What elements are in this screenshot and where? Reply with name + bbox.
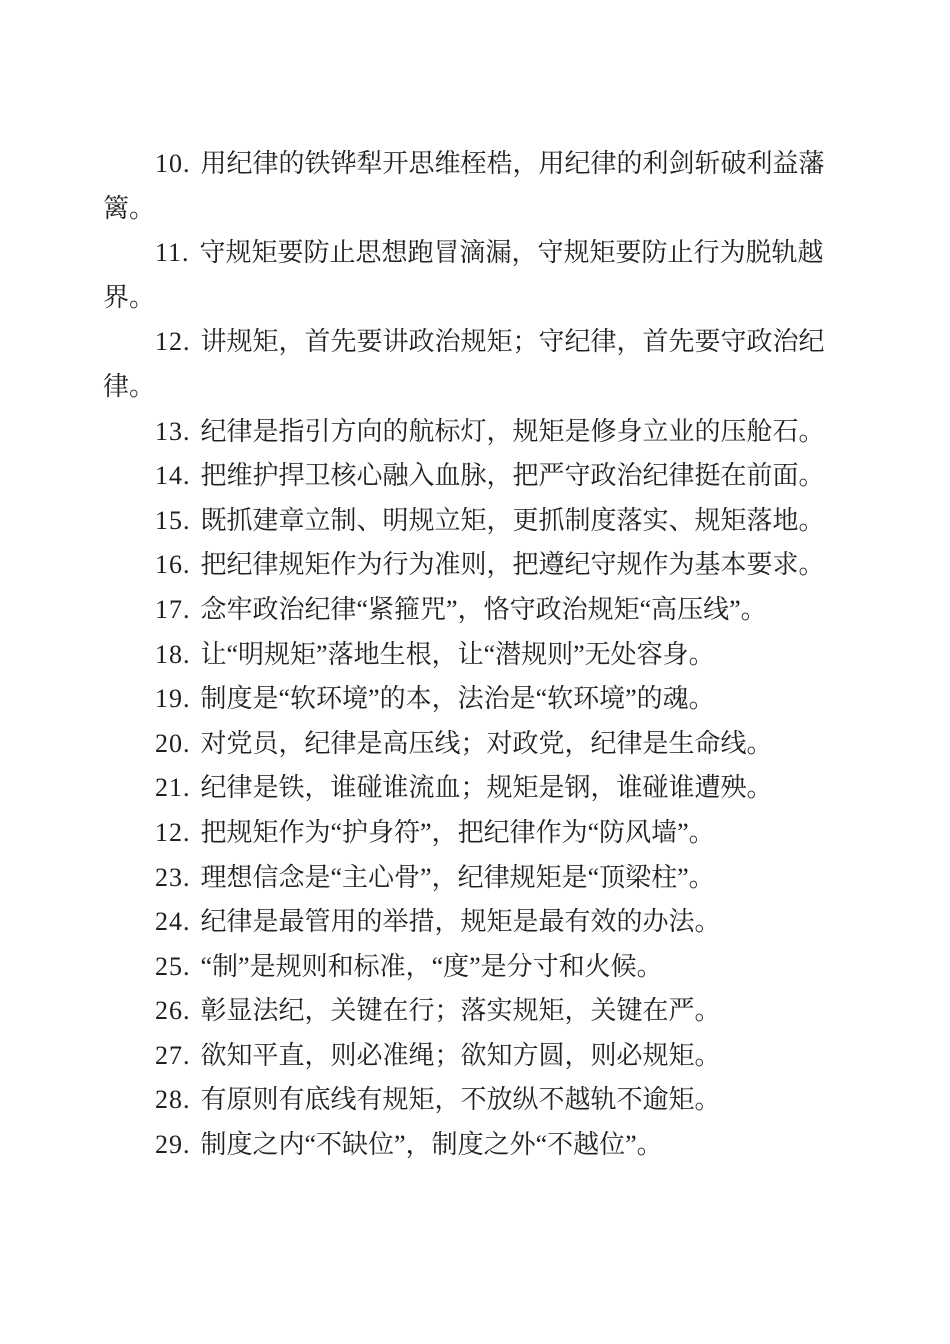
item-line-first: 19.制度是“软环境”的本，法治是“软环境”的魂。 — [103, 677, 820, 722]
item-number: 16. — [155, 550, 191, 579]
item-line-first: 11.守规矩要防止思想跑冒滴漏，守规矩要防止行为脱轨越 — [103, 231, 820, 276]
list-item: 23.理想信念是“主心骨”，纪律规矩是“顶梁柱”。 — [103, 856, 820, 901]
document-page: 10.用纪律的铁铧犁开思维桎梏，用纪律的利剑斩破利益藩篱。11.守规矩要防止思想… — [0, 0, 950, 1344]
item-line-first: 10.用纪律的铁铧犁开思维桎梏，用纪律的利剑斩破利益藩 — [103, 142, 820, 187]
item-number: 11. — [155, 238, 190, 267]
list-item: 27.欲知平直，则必准绳；欲知方圆，则必规矩。 — [103, 1034, 820, 1079]
list-item: 28.有原则有底线有规矩，不放纵不越轨不逾矩。 — [103, 1078, 820, 1123]
item-line-continuation: 界。 — [103, 276, 820, 321]
item-number: 24. — [155, 907, 191, 936]
item-number: 20. — [155, 729, 191, 758]
item-number: 27. — [155, 1041, 191, 1070]
item-text: 欲知平直，则必准绳；欲知方圆，则必规矩。 — [201, 1041, 721, 1070]
item-number: 19. — [155, 684, 191, 713]
item-line-first: 23.理想信念是“主心骨”，纪律规矩是“顶梁柱”。 — [103, 856, 820, 901]
item-number: 12. — [155, 818, 191, 847]
item-number: 29. — [155, 1130, 191, 1159]
list-item: 25.“制”是规则和标准，“度”是分寸和火候。 — [103, 945, 820, 990]
item-text: 制度之内“不缺位”，制度之外“不越位”。 — [201, 1130, 663, 1159]
item-line-first: 18.让“明规矩”落地生根，让“潜规则”无处容身。 — [103, 633, 820, 678]
list-item: 17.念牢政治纪律“紧箍咒”，恪守政治规矩“高压线”。 — [103, 588, 820, 633]
item-text: 用纪律的铁铧犁开思维桎梏，用纪律的利剑斩破利益藩 — [201, 149, 825, 178]
item-line-first: 25.“制”是规则和标准，“度”是分寸和火候。 — [103, 945, 820, 990]
document-body: 10.用纪律的铁铧犁开思维桎梏，用纪律的利剑斩破利益藩篱。11.守规矩要防止思想… — [103, 142, 820, 1168]
item-text: 把规矩作为“护身符”，把纪律作为“防风墙”。 — [201, 818, 715, 847]
item-line-continuation: 律。 — [103, 365, 820, 410]
list-item: 12.讲规矩，首先要讲政治规矩；守纪律，首先要守政治纪律。 — [103, 320, 820, 409]
item-text: 理想信念是“主心骨”，纪律规矩是“顶梁柱”。 — [201, 863, 715, 892]
item-text: 讲规矩，首先要讲政治规矩；守纪律，首先要守政治纪 — [201, 327, 825, 356]
list-item: 21.纪律是铁，谁碰谁流血；规矩是钢，谁碰谁遭殃。 — [103, 766, 820, 811]
item-number: 28. — [155, 1085, 191, 1114]
item-text: “制”是规则和标准，“度”是分寸和火候。 — [201, 952, 663, 981]
item-line-first: 15.既抓建章立制、明规立矩，更抓制度落实、规矩落地。 — [103, 499, 820, 544]
item-text: 守规矩要防止思想跑冒滴漏，守规矩要防止行为脱轨越 — [200, 238, 824, 267]
item-text: 对党员，纪律是高压线；对政党，纪律是生命线。 — [201, 729, 773, 758]
item-line-first: 17.念牢政治纪律“紧箍咒”，恪守政治规矩“高压线”。 — [103, 588, 820, 633]
item-text: 让“明规矩”落地生根，让“潜规则”无处容身。 — [201, 640, 715, 669]
item-line-first: 16.把纪律规矩作为行为准则，把遵纪守规作为基本要求。 — [103, 543, 820, 588]
list-item: 16.把纪律规矩作为行为准则，把遵纪守规作为基本要求。 — [103, 543, 820, 588]
item-number: 14. — [155, 461, 191, 490]
item-number: 10. — [155, 149, 191, 178]
list-item: 13.纪律是指引方向的航标灯，规矩是修身立业的压舱石。 — [103, 410, 820, 455]
list-item: 11.守规矩要防止思想跑冒滴漏，守规矩要防止行为脱轨越界。 — [103, 231, 820, 320]
item-number: 26. — [155, 996, 191, 1025]
item-number: 21. — [155, 773, 191, 802]
item-text: 制度是“软环境”的本，法治是“软环境”的魂。 — [201, 684, 715, 713]
item-text: 有原则有底线有规矩，不放纵不越轨不逾矩。 — [201, 1085, 721, 1114]
list-item: 10.用纪律的铁铧犁开思维桎梏，用纪律的利剑斩破利益藩篱。 — [103, 142, 820, 231]
item-line-first: 24.纪律是最管用的举措，规矩是最有效的办法。 — [103, 900, 820, 945]
list-item: 18.让“明规矩”落地生根，让“潜规则”无处容身。 — [103, 633, 820, 678]
item-line-first: 12.讲规矩，首先要讲政治规矩；守纪律，首先要守政治纪 — [103, 320, 820, 365]
item-text: 纪律是最管用的举措，规矩是最有效的办法。 — [201, 907, 721, 936]
item-line-first: 26.彰显法纪，关键在行；落实规矩，关键在严。 — [103, 989, 820, 1034]
list-item: 26.彰显法纪，关键在行；落实规矩，关键在严。 — [103, 989, 820, 1034]
list-item: 15.既抓建章立制、明规立矩，更抓制度落实、规矩落地。 — [103, 499, 820, 544]
item-text: 纪律是铁，谁碰谁流血；规矩是钢，谁碰谁遭殃。 — [201, 773, 773, 802]
list-item: 14.把维护捍卫核心融入血脉，把严守政治纪律挺在前面。 — [103, 454, 820, 499]
item-number: 15. — [155, 506, 191, 535]
list-item: 24.纪律是最管用的举措，规矩是最有效的办法。 — [103, 900, 820, 945]
item-number: 25. — [155, 952, 191, 981]
item-line-first: 20.对党员，纪律是高压线；对政党，纪律是生命线。 — [103, 722, 820, 767]
item-line-first: 21.纪律是铁，谁碰谁流血；规矩是钢，谁碰谁遭殃。 — [103, 766, 820, 811]
list-item: 20.对党员，纪律是高压线；对政党，纪律是生命线。 — [103, 722, 820, 767]
item-text: 纪律是指引方向的航标灯，规矩是修身立业的压舱石。 — [201, 417, 825, 446]
item-text: 律。 — [103, 372, 155, 401]
item-text: 彰显法纪，关键在行；落实规矩，关键在严。 — [201, 996, 721, 1025]
item-line-first: 14.把维护捍卫核心融入血脉，把严守政治纪律挺在前面。 — [103, 454, 820, 499]
list-item: 19.制度是“软环境”的本，法治是“软环境”的魂。 — [103, 677, 820, 722]
item-text: 既抓建章立制、明规立矩，更抓制度落实、规矩落地。 — [201, 506, 825, 535]
item-text: 把纪律规矩作为行为准则，把遵纪守规作为基本要求。 — [201, 550, 825, 579]
item-line-first: 12.把规矩作为“护身符”，把纪律作为“防风墙”。 — [103, 811, 820, 856]
item-number: 12. — [155, 327, 191, 356]
item-number: 18. — [155, 640, 191, 669]
item-line-continuation: 篱。 — [103, 187, 820, 232]
item-number: 23. — [155, 863, 191, 892]
item-text: 界。 — [103, 283, 155, 312]
item-line-first: 28.有原则有底线有规矩，不放纵不越轨不逾矩。 — [103, 1078, 820, 1123]
item-number: 13. — [155, 417, 191, 446]
item-line-first: 27.欲知平直，则必准绳；欲知方圆，则必规矩。 — [103, 1034, 820, 1079]
item-text: 篱。 — [103, 194, 155, 223]
item-text: 念牢政治纪律“紧箍咒”，恪守政治规矩“高压线”。 — [201, 595, 767, 624]
list-item: 12.把规矩作为“护身符”，把纪律作为“防风墙”。 — [103, 811, 820, 856]
item-number: 17. — [155, 595, 191, 624]
item-text: 把维护捍卫核心融入血脉，把严守政治纪律挺在前面。 — [201, 461, 825, 490]
item-line-first: 13.纪律是指引方向的航标灯，规矩是修身立业的压舱石。 — [103, 410, 820, 455]
item-line-first: 29.制度之内“不缺位”，制度之外“不越位”。 — [103, 1123, 820, 1168]
list-item: 29.制度之内“不缺位”，制度之外“不越位”。 — [103, 1123, 820, 1168]
